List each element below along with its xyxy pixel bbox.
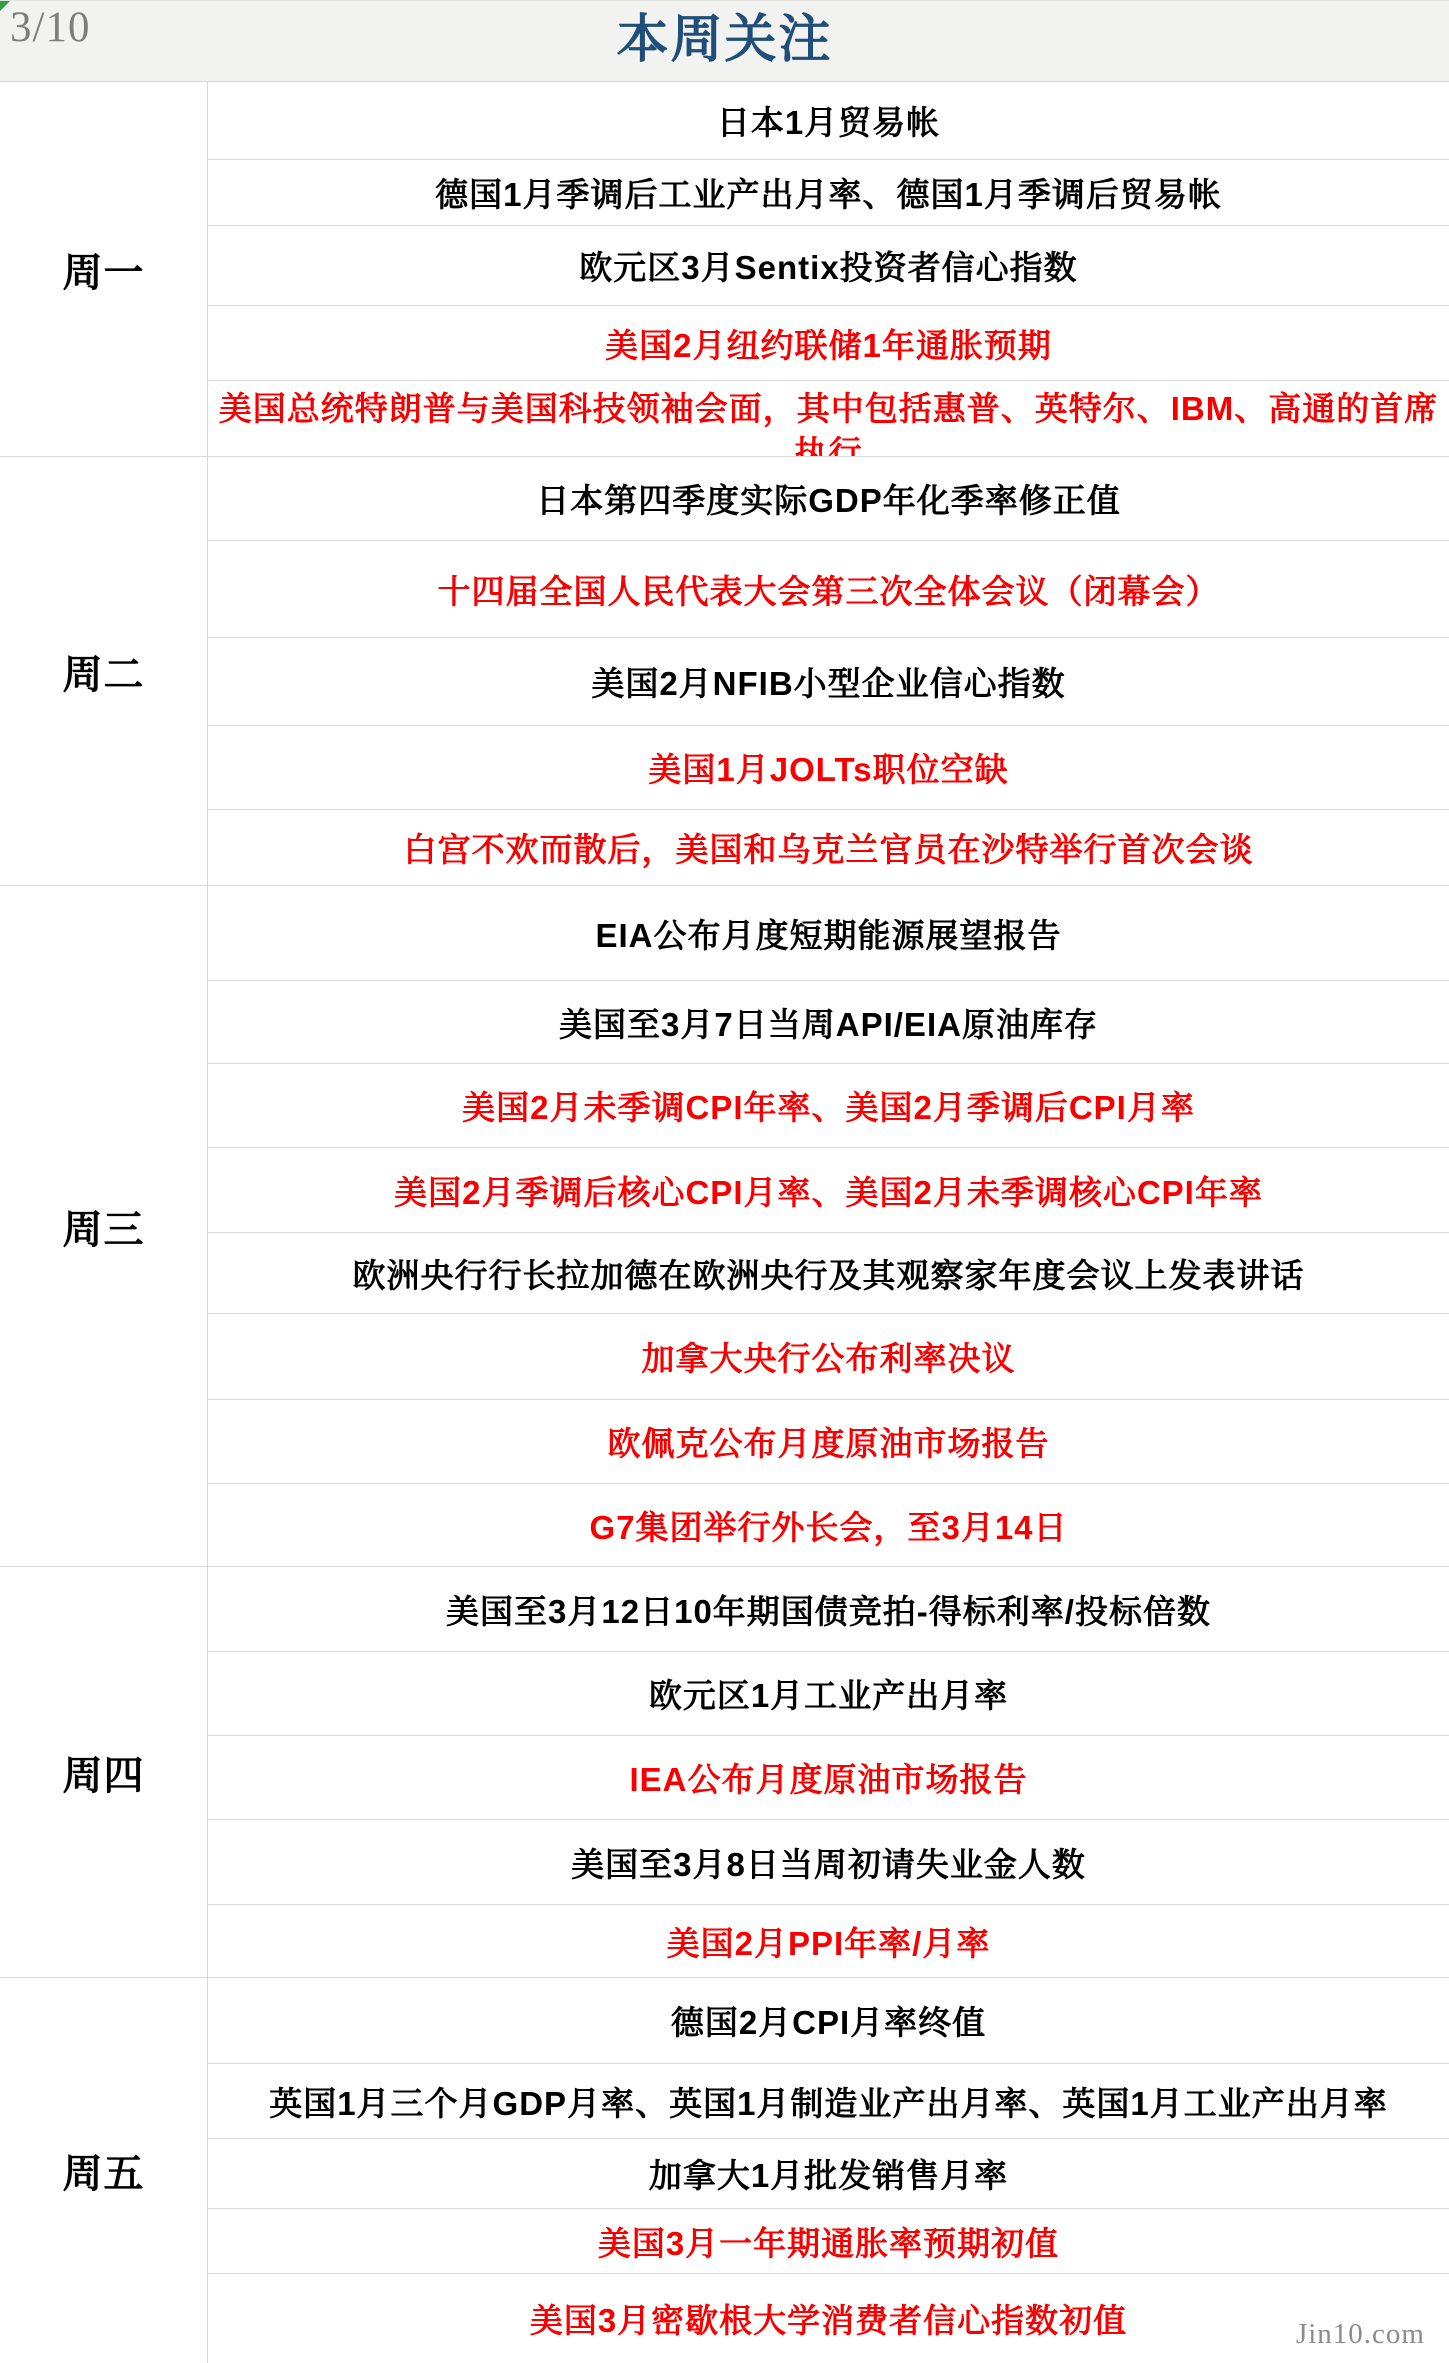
event-row: 日本1月贸易帐 bbox=[208, 82, 1449, 160]
event-row: 德国1月季调后工业产出月率、德国1月季调后贸易帐 bbox=[208, 160, 1449, 226]
event-row: 美国2月纽约联储1年通胀预期 bbox=[208, 306, 1449, 381]
event-row: 欧佩克公布月度原油市场报告 bbox=[208, 1400, 1449, 1484]
event-row: 美国2月PPI年率/月率 bbox=[208, 1905, 1449, 1978]
weekly-focus-page: 3/10 本周关注 周一 日本1月贸易帐 德国1月季调后工业产出月率、德国1月季… bbox=[0, 0, 1449, 2363]
events-friday: 德国2月CPI月率终值 英国1月三个月GDP月率、英国1月制造业产出月率、英国1… bbox=[208, 1978, 1449, 2363]
event-row: IEA公布月度原油市场报告 bbox=[208, 1736, 1449, 1820]
weekly-table: 周一 日本1月贸易帐 德国1月季调后工业产出月率、德国1月季调后贸易帐 欧元区3… bbox=[0, 82, 1449, 2363]
page-number: 3/10 bbox=[10, 3, 90, 52]
event-row: 欧洲央行行长拉加德在欧洲央行及其观察家年度会议上发表讲话 bbox=[208, 1233, 1449, 1314]
day-group-tuesday: 周二 日本第四季度实际GDP年化季率修正值 十四届全国人民代表大会第三次全体会议… bbox=[0, 457, 1449, 886]
event-row: 加拿大1月批发销售月率 bbox=[208, 2139, 1449, 2209]
event-row: 美国总统特朗普与美国科技领袖会面，其中包括惠普、英特尔、IBM、高通的首席执行 … bbox=[208, 381, 1449, 457]
event-row: 美国3月密歇根大学消费者信心指数初值 bbox=[208, 2274, 1449, 2363]
events-tuesday: 日本第四季度实际GDP年化季率修正值 十四届全国人民代表大会第三次全体会议（闭幕… bbox=[208, 457, 1449, 886]
event-row: 美国至3月7日当周API/EIA原油库存 bbox=[208, 981, 1449, 1064]
event-row: 美国2月未季调CPI年率、美国2月季调后CPI月率 bbox=[208, 1064, 1449, 1148]
day-label-monday: 周一 bbox=[0, 82, 208, 457]
day-group-wednesday: 周三 EIA公布月度短期能源展望报告 美国至3月7日当周API/EIA原油库存 … bbox=[0, 886, 1449, 1567]
event-row: 美国1月JOLTs职位空缺 bbox=[208, 726, 1449, 810]
page-title: 本周关注 bbox=[0, 1, 1449, 79]
day-label-tuesday: 周二 bbox=[0, 457, 208, 886]
event-row: EIA公布月度短期能源展望报告 bbox=[208, 886, 1449, 981]
corner-fold-icon bbox=[0, 1, 10, 11]
event-row: 美国2月NFIB小型企业信心指数 bbox=[208, 638, 1449, 726]
day-label-thursday: 周四 bbox=[0, 1567, 208, 1978]
events-thursday: 美国至3月12日10年期国债竞拍-得标利率/投标倍数 欧元区1月工业产出月率 I… bbox=[208, 1567, 1449, 1978]
event-row: 美国2月季调后核心CPI月率、美国2月未季调核心CPI年率 bbox=[208, 1148, 1449, 1233]
event-row: 美国至3月12日10年期国债竞拍-得标利率/投标倍数 bbox=[208, 1567, 1449, 1652]
watermark: Jin10.com bbox=[1296, 2318, 1425, 2351]
day-group-friday: 周五 德国2月CPI月率终值 英国1月三个月GDP月率、英国1月制造业产出月率、… bbox=[0, 1978, 1449, 2363]
event-row: 欧元区1月工业产出月率 bbox=[208, 1652, 1449, 1736]
events-wednesday: EIA公布月度短期能源展望报告 美国至3月7日当周API/EIA原油库存 美国2… bbox=[208, 886, 1449, 1567]
event-row: 美国至3月8日当周初请失业金人数 bbox=[208, 1820, 1449, 1905]
page-header: 3/10 本周关注 bbox=[0, 1, 1449, 82]
event-row: 德国2月CPI月率终值 bbox=[208, 1978, 1449, 2064]
event-row: 英国1月三个月GDP月率、英国1月制造业产出月率、英国1月工业产出月率 bbox=[208, 2064, 1449, 2139]
day-group-thursday: 周四 美国至3月12日10年期国债竞拍-得标利率/投标倍数 欧元区1月工业产出月… bbox=[0, 1567, 1449, 1978]
day-label-wednesday: 周三 bbox=[0, 886, 208, 1567]
day-group-monday: 周一 日本1月贸易帐 德国1月季调后工业产出月率、德国1月季调后贸易帐 欧元区3… bbox=[0, 82, 1449, 457]
day-label-friday: 周五 bbox=[0, 1978, 208, 2363]
event-row: 白宫不欢而散后，美国和乌克兰官员在沙特举行首次会谈 bbox=[208, 810, 1449, 886]
event-row: G7集团举行外长会，至3月14日 bbox=[208, 1484, 1449, 1567]
event-row: 日本第四季度实际GDP年化季率修正值 bbox=[208, 457, 1449, 541]
event-row: 美国3月一年期通胀率预期初值 bbox=[208, 2209, 1449, 2274]
event-line-1: 美国总统特朗普与美国科技领袖会面，其中包括惠普、英特尔、IBM、高通的首席执行 bbox=[208, 387, 1449, 457]
event-row: 加拿大央行公布利率决议 bbox=[208, 1314, 1449, 1400]
event-row: 十四届全国人民代表大会第三次全体会议（闭幕会） bbox=[208, 541, 1449, 638]
event-row: 欧元区3月Sentix投资者信心指数 bbox=[208, 226, 1449, 306]
events-monday: 日本1月贸易帐 德国1月季调后工业产出月率、德国1月季调后贸易帐 欧元区3月Se… bbox=[208, 82, 1449, 457]
